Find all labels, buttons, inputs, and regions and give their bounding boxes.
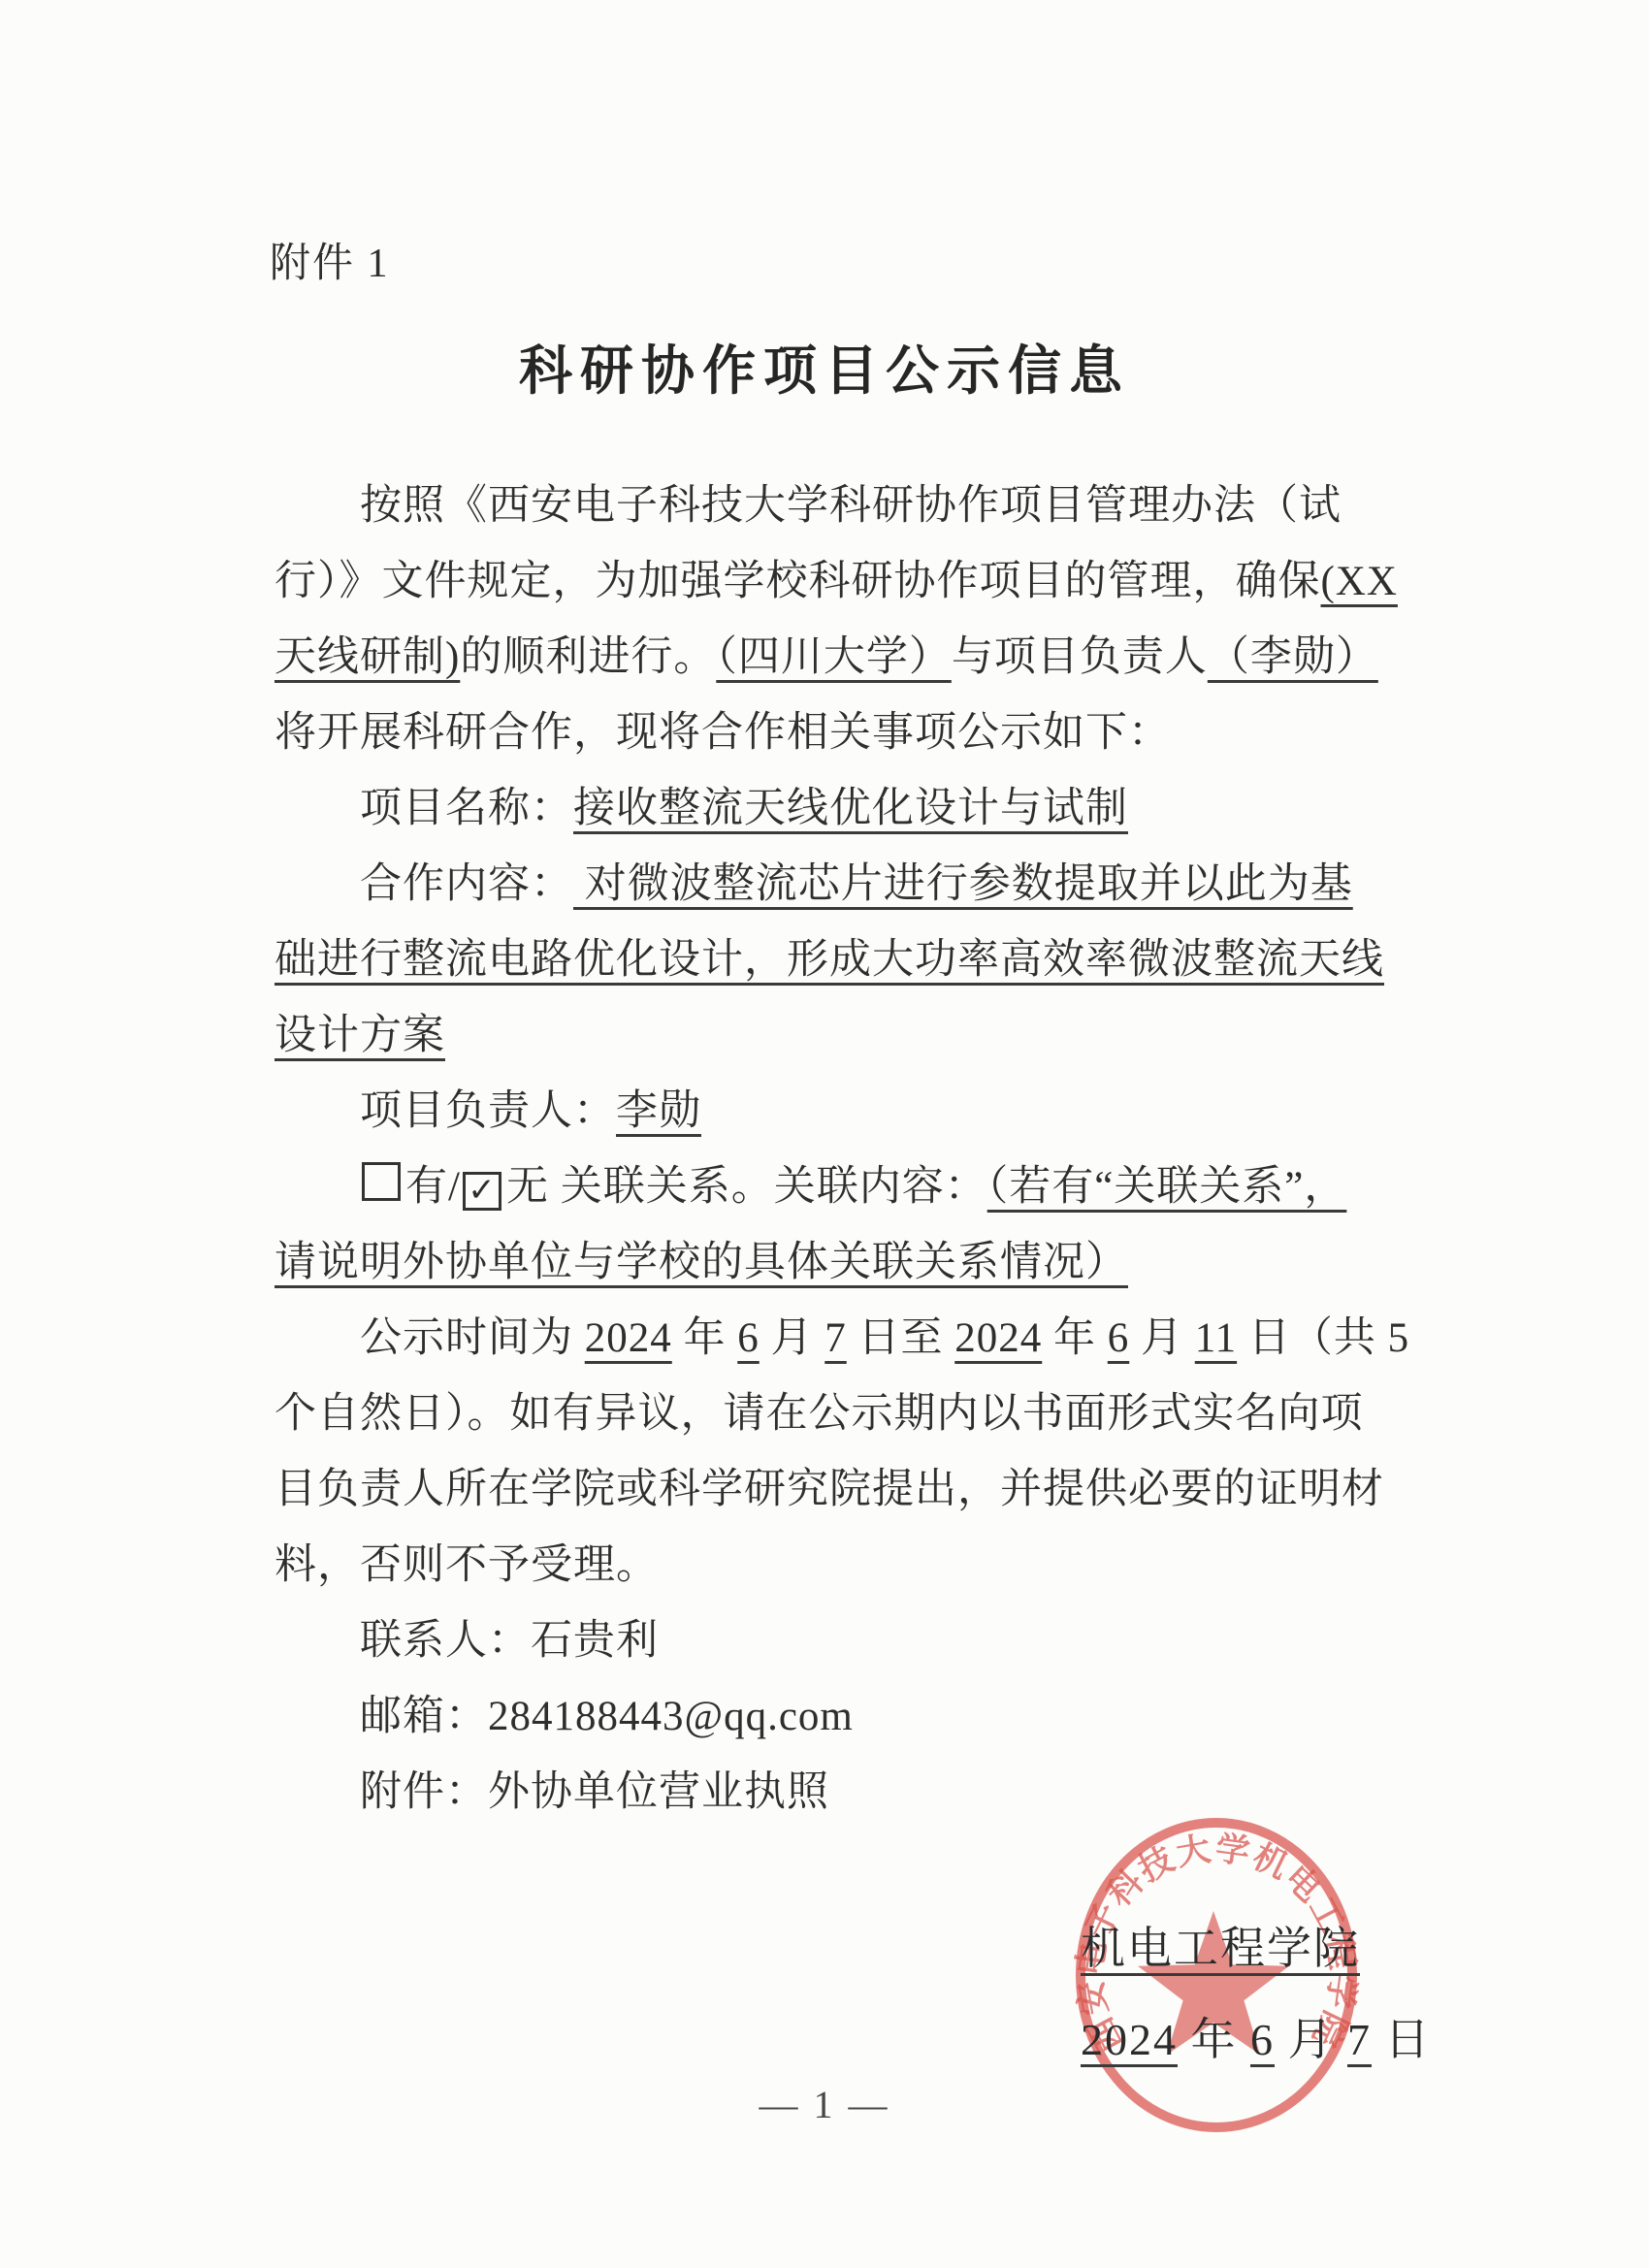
body-line: 项目负责人：李勋 (275, 1074, 1400, 1150)
text-segment: 行）》文件规定，为加强学校科研协作项目的管理，确保 (275, 559, 1321, 604)
text-segment: 对微波整流芯片进行参数提取并以此为基 (573, 861, 1353, 907)
text-segment: 6 (1250, 2015, 1275, 2064)
body-line: 邮箱：284188443@qq.com (275, 1679, 1400, 1755)
body-line: 有/✓无 关联关系。关联内容：（若有“关联关系”， (275, 1150, 1400, 1225)
text-segment: 日至 (847, 1315, 955, 1361)
document-title: 科研协作项目公示信息 (0, 328, 1649, 405)
text-segment: （若有“关联关系”， (987, 1164, 1347, 1210)
text-segment: 7 (824, 1315, 847, 1361)
text-segment: 年 (1042, 1315, 1108, 1361)
text-segment: 2024 (1081, 2015, 1178, 2064)
body-line: 公示时间为 2024 年 6 月 7 日至 2024 年 6 月 11 日（共 … (275, 1301, 1400, 1377)
text-segment: 个自然日）。如有异议，请在公示期内以书面形式实名向项 (275, 1391, 1364, 1437)
body-line: 设计方案 (275, 998, 1400, 1074)
text-segment: 合作内容： (360, 861, 573, 907)
text-segment: 6 (1108, 1315, 1130, 1361)
signature-date: 2024 年 6 月 7 日 (1081, 2004, 1432, 2068)
body-line: 行）》文件规定，为加强学校科研协作项目的管理，确保(XX (275, 544, 1400, 620)
text-segment: 与项目负责人 (952, 634, 1208, 680)
text-segment: 项目名称： (360, 786, 573, 831)
text-segment: （李勋） (1208, 634, 1378, 680)
text-segment: （四川大学） (716, 634, 952, 680)
text-segment: 项目负责人： (360, 1088, 616, 1134)
text-segment: 11 (1195, 1315, 1237, 1361)
text-segment: 天线研制) (275, 634, 460, 680)
checkbox-empty-icon (362, 1162, 401, 1201)
text-segment: 目负责人所在学院或科学研究院提出，并提供必要的证明材 (275, 1467, 1384, 1512)
text-segment: 年 (1178, 2015, 1250, 2064)
text-segment: 附件：外协单位营业执照 (360, 1769, 829, 1815)
text-segment: 2024 (585, 1315, 672, 1361)
document-page: 附件 1 科研协作项目公示信息 按照《西安电子科技大学科研协作项目管理办法（试行… (0, 0, 1649, 2268)
body-line: 合作内容： 对微波整流芯片进行参数提取并以此为基 (275, 847, 1400, 923)
body-line: 目负责人所在学院或科学研究院提出，并提供必要的证明材 (275, 1452, 1400, 1528)
body-line: 联系人：石贵利 (275, 1604, 1400, 1679)
text-segment: 7 (1347, 2015, 1372, 2064)
text-segment: (XX (1321, 559, 1398, 604)
signature-organization: 机电工程学院 (1081, 1913, 1360, 1977)
text-segment: 的顺利进行。 (460, 634, 716, 680)
body-line: 料，否则不予受理。 (275, 1528, 1400, 1604)
text-segment: 月 (760, 1315, 825, 1361)
body-line: 础进行整流电路优化设计，形成大功率高效率微波整流天线 (275, 923, 1400, 998)
body-line: 个自然日）。如有异议，请在公示期内以书面形式实名向项 (275, 1377, 1400, 1452)
text-segment: 6 (737, 1315, 760, 1361)
text-segment: 2024 (954, 1315, 1042, 1361)
body-line: 请说明外协单位与学校的具体关联关系情况） (275, 1225, 1400, 1301)
text-segment: 料，否则不予受理。 (275, 1542, 659, 1588)
text-segment: 联系人：石贵利 (360, 1618, 659, 1664)
text-segment: 将开展科研合作，现将合作相关事项公示如下： (275, 710, 1171, 756)
checkbox-checked-icon: ✓ (463, 1172, 501, 1211)
text-segment: 月 (1129, 1315, 1195, 1361)
body-line: 将开展科研合作，现将合作相关事项公示如下： (275, 696, 1400, 771)
text-segment: 接收整流天线优化设计与试制 (573, 786, 1128, 831)
text-segment: 月 (1275, 2015, 1347, 2064)
text-segment: 设计方案 (275, 1013, 445, 1058)
text-segment: 李勋 (616, 1088, 701, 1134)
text-segment: 机电工程学院 (1081, 1924, 1360, 1973)
attachment-label: 附件 1 (270, 231, 390, 289)
text-segment: 请说明外协单位与学校的具体关联关系情况） (275, 1240, 1128, 1285)
text-segment: 按照《西安电子科技大学科研协作项目管理办法（试 (360, 483, 1342, 529)
body-line: 项目名称：接收整流天线优化设计与试制 (275, 771, 1400, 847)
text-segment: 无 关联关系。关联内容： (506, 1164, 987, 1210)
text-segment: 日 (1372, 2015, 1432, 2064)
text-segment: 有/ (405, 1164, 461, 1210)
text-segment: 础进行整流电路优化设计，形成大功率高效率微波整流天线 (275, 937, 1384, 983)
body-line: 按照《西安电子科技大学科研协作项目管理办法（试 (275, 469, 1400, 544)
body-line: 天线研制)的顺利进行。（四川大学）与项目负责人（李勋） (275, 620, 1400, 696)
text-segment: 日（共 5 (1237, 1315, 1409, 1361)
document-body: 按照《西安电子科技大学科研协作项目管理办法（试行）》文件规定，为加强学校科研协作… (275, 469, 1400, 1831)
text-segment: 邮箱：284188443@qq.com (360, 1694, 854, 1739)
page-number: — 1 — (0, 2082, 1649, 2127)
text-segment: 年 (672, 1315, 738, 1361)
text-segment: 公示时间为 (360, 1315, 585, 1361)
